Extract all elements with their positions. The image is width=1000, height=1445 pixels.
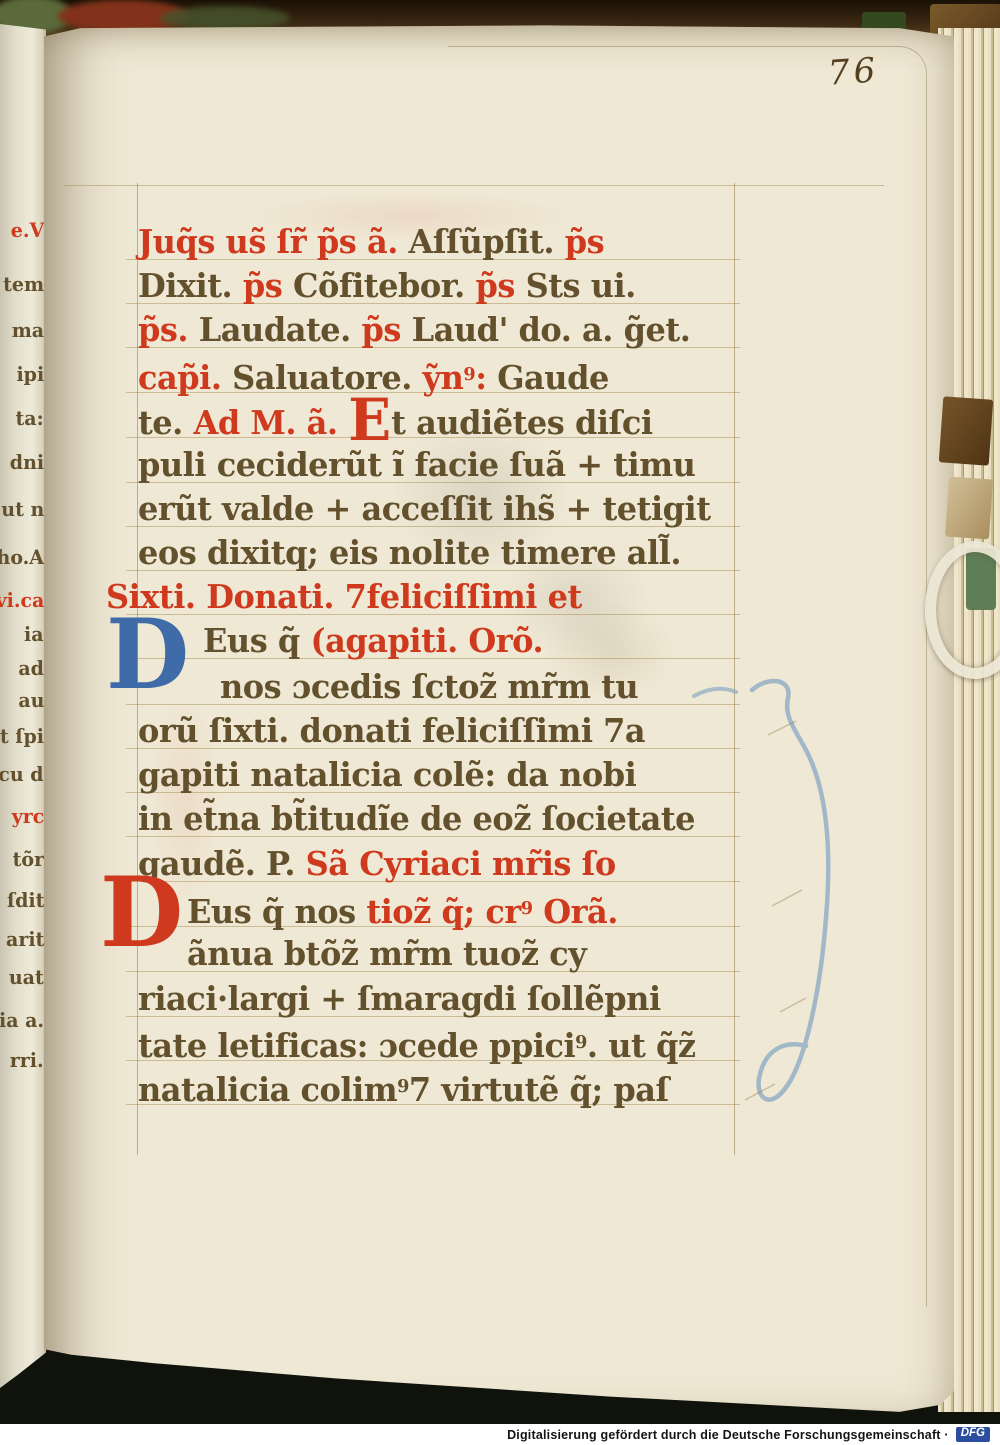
facing-page-text-fragment: it ſpi bbox=[0, 724, 44, 748]
text-segment: puli ceciderũt ĩ facie ſuã + timu bbox=[138, 445, 695, 484]
manuscript-line: te. Ad M. ã. Et audiẽtes diſci bbox=[138, 400, 653, 443]
text-segment: tate letificas: ɔcede ppici bbox=[138, 1026, 575, 1065]
text-segment: Orã. bbox=[533, 892, 618, 931]
text-segment: natalicia colim bbox=[138, 1070, 397, 1109]
facing-page-text-fragment: rri. bbox=[10, 1048, 44, 1072]
text-segment: te. bbox=[138, 403, 194, 442]
text-segment: nos ɔcedis ſctoz̃ mr̃m tu bbox=[220, 667, 638, 706]
text-segment: (agapiti. Orõ. bbox=[310, 621, 543, 660]
manuscript-line: gaudẽ. P. Sã Cyriaci mr̃is ſo bbox=[138, 844, 616, 884]
text-segment: cap̃i. bbox=[138, 358, 232, 397]
text-segment: Eus q̃ bbox=[203, 621, 310, 660]
facing-page-text-fragment: ad bbox=[18, 656, 44, 680]
facing-page-text-fragment: ia bbox=[24, 622, 44, 646]
manuscript-line: Eus q̃ (agapiti. Orõ. bbox=[203, 621, 543, 661]
text-segment: ỹn bbox=[423, 358, 464, 397]
text-segment: gapiti natalicia colẽ: da nobi bbox=[138, 755, 636, 794]
text-segment: Cõfitebor. bbox=[293, 266, 476, 305]
facing-page-text-fragment: vi.ca bbox=[0, 588, 44, 612]
drop-cap-initial: D bbox=[106, 617, 186, 694]
credit-text: Digitalisierung gefördert durch die Deut… bbox=[507, 1428, 949, 1442]
text-segment: Juq̃s us̃ ſr̃ p̃s ã. bbox=[138, 222, 409, 261]
facing-page-text-fragment: ut n bbox=[1, 497, 44, 521]
facing-page-text-fragment: a cu d bbox=[0, 762, 44, 786]
text-segment: ãnua btõz̃ mr̃m tuoz̃ cy bbox=[187, 934, 586, 973]
facing-page-text-fragment: tem bbox=[3, 272, 44, 296]
text-segment: 9 bbox=[463, 364, 475, 385]
text-segment: Saluatore. bbox=[232, 358, 422, 397]
facing-page-text-fragment: tõr bbox=[13, 847, 44, 871]
text-segment: in et̃na bt̃itudĩe de eoz̃ ſocietate bbox=[138, 799, 695, 838]
text-segment: 9 bbox=[521, 898, 533, 919]
text-segment: t audiẽtes diſci bbox=[391, 403, 652, 442]
text-block: Juq̃s us̃ ſr̃ p̃s ã. Aſſũpſit. p̃sDixit.… bbox=[100, 205, 760, 1145]
text-segment: orũ ſixti. donati feliciſſimi 7a bbox=[138, 711, 645, 750]
manuscript-line: eos dixitq; eis nolite timere all̃. bbox=[138, 533, 681, 573]
text-segment: Dixit. bbox=[138, 266, 243, 305]
text-segment: p̃s bbox=[475, 266, 525, 305]
facing-page-text-fragment: e.V bbox=[11, 218, 44, 242]
text-segment: riaci·largi + ſmaragdi ſollẽpni bbox=[138, 979, 661, 1018]
facing-page-text-fragment: ho.A bbox=[0, 545, 44, 569]
manuscript-line: ãnua btõz̃ mr̃m tuoz̃ cy bbox=[187, 934, 586, 974]
binding-marble-green-2 bbox=[160, 6, 290, 30]
manuscript-line: Dixit. p̃s Cõfitebor. p̃s Sts ui. bbox=[138, 266, 636, 306]
text-segment: 7 virtutẽ q̃; paſ bbox=[409, 1070, 669, 1109]
text-segment: Laud' do. a. g̃et. bbox=[412, 310, 691, 349]
facing-page-text-fragment: arit bbox=[6, 927, 44, 951]
text-segment: 9 bbox=[575, 1032, 587, 1053]
vrule bbox=[734, 183, 735, 1155]
text-segment: Aſſũpſit. bbox=[409, 222, 565, 261]
text-segment: : bbox=[475, 358, 497, 397]
manuscript-line: p̃s. Laudate. p̃s Laud' do. a. g̃et. bbox=[138, 310, 690, 350]
manuscript-line: puli ceciderũt ĩ facie ſuã + timu bbox=[138, 445, 695, 485]
text-segment: Ad M. ã. bbox=[194, 403, 349, 442]
manuscript-photo: e.Vtemmaipita:dniut nho.Avi.caiaadauit ſ… bbox=[0, 0, 1000, 1445]
facing-page-text-fragment: ſdit bbox=[7, 888, 44, 912]
text-segment: p̃s bbox=[565, 222, 604, 261]
facing-page-sliver: e.Vtemmaipita:dniut nho.Avi.caiaadauit ſ… bbox=[0, 24, 46, 1388]
text-segment: p̃s bbox=[243, 266, 293, 305]
facing-page-text-fragment: au bbox=[18, 688, 44, 712]
text-segment: tioz̃ q̃; cr bbox=[366, 892, 520, 931]
text-segment: Laudate. bbox=[199, 310, 362, 349]
facing-page-text-fragment: yrc bbox=[11, 804, 44, 828]
manuscript-line: Eus q̃ nos tioz̃ q̃; cr9 Orã. bbox=[187, 889, 618, 932]
facing-page-text-fragment: uat bbox=[9, 965, 44, 989]
manuscript-line: tate letificas: ɔcede ppici9. ut q̃z̃ bbox=[138, 1023, 696, 1066]
text-segment: . ut q̃z̃ bbox=[587, 1026, 696, 1065]
digitization-credit-bar: Digitalisierung gefördert durch die Deut… bbox=[0, 1424, 1000, 1445]
facing-page-text-fragment: dni bbox=[10, 450, 44, 474]
manuscript-line: in et̃na bt̃itudĩe de eoz̃ ſocietate bbox=[138, 799, 695, 839]
facing-page-text-fragment: ma bbox=[12, 318, 44, 342]
manuscript-line: nos ɔcedis ſctoz̃ mr̃m tu bbox=[220, 667, 638, 707]
text-segment: Eus q̃ nos bbox=[187, 892, 366, 931]
text-segment: p̃s bbox=[361, 310, 411, 349]
dfg-logo: DFG bbox=[956, 1427, 990, 1442]
drop-cap-initial: D bbox=[100, 875, 180, 952]
manuscript-line: riaci·largi + ſmaragdi ſollẽpni bbox=[138, 979, 661, 1019]
text-segment: erũt valde + acceſſit ihs̃ + tetigit bbox=[138, 489, 711, 528]
manuscript-line: orũ ſixti. donati feliciſſimi 7a bbox=[138, 711, 645, 751]
facing-page-text-fragment: ta: bbox=[16, 406, 44, 430]
manuscript-line: Juq̃s us̃ ſr̃ p̃s ã. Aſſũpſit. p̃s bbox=[138, 222, 604, 262]
facing-page-text-fragment: lia a. bbox=[0, 1008, 44, 1032]
fore-edge-tab-leather bbox=[939, 396, 993, 465]
text-segment: p̃s. bbox=[138, 310, 199, 349]
text-segment: Sts ui. bbox=[526, 266, 636, 305]
manuscript-line: gapiti natalicia colẽ: da nobi bbox=[138, 755, 636, 795]
text-segment: 9 bbox=[397, 1076, 409, 1097]
fore-edge-tab-parchment bbox=[945, 477, 993, 540]
facing-page-text-fragment: ipi bbox=[16, 362, 44, 386]
text-segment: E bbox=[348, 386, 389, 454]
manuscript-line: erũt valde + acceſſit ihs̃ + tetigit bbox=[138, 489, 711, 529]
text-segment: Sã Cyriaci mr̃is ſo bbox=[306, 844, 616, 883]
folio-number: 76 bbox=[827, 50, 881, 93]
rule bbox=[64, 185, 884, 186]
manuscript-line: natalicia colim97 virtutẽ q̃; paſ bbox=[138, 1067, 669, 1110]
text-segment: Gaude bbox=[497, 358, 609, 397]
text-segment: eos dixitq; eis nolite timere all̃. bbox=[138, 533, 681, 572]
